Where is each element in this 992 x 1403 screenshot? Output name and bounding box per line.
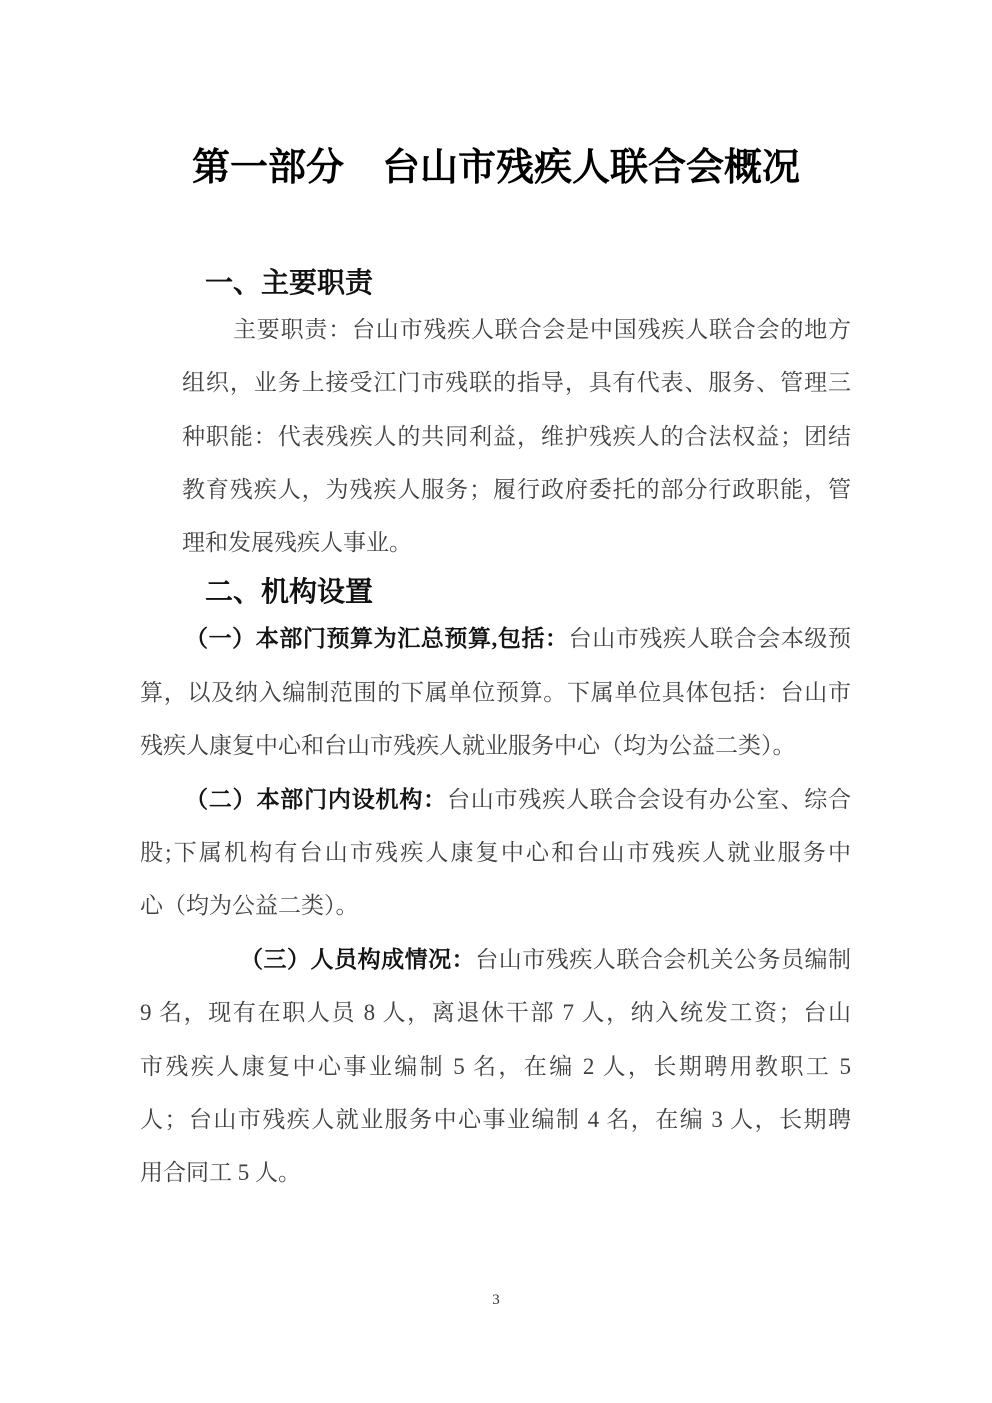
p1-line-4: 教育残疾人，为残疾人服务；履行政府委托的部分行政职能，管 xyxy=(182,475,851,505)
p3-line-3: 心（均为公益二类）。 xyxy=(140,891,851,921)
p2-line-1-bold: （一）本部门预算为汇总预算,包括： xyxy=(185,626,569,651)
page-number: 3 xyxy=(0,1292,992,1309)
p1-line-1: 主要职责：台山市残疾人联合会是中国残疾人联合会的地方 xyxy=(182,315,851,345)
p3-line-1-bold: （二）本部门内设机构： xyxy=(185,787,447,812)
p1-line-5: 理和发展残疾人事业。 xyxy=(182,528,851,558)
p3-line-2: 股;下属机构有台山市残疾人康复中心和台山市残疾人就业服务中 xyxy=(140,838,851,868)
doc-title: 第一部分 台山市残疾人联合会概况 xyxy=(0,136,992,191)
p4-line-2: 9 名，现有在职人员 8 人，离退休干部 7 人，纳入统发工资；台山 xyxy=(140,998,851,1028)
p4-line-1-bold: （三）人员构成情况： xyxy=(240,947,475,972)
p1-line-3: 种职能：代表残疾人的共同利益，维护残疾人的合法权益；团结 xyxy=(182,422,851,452)
p4-line-1: （三）人员构成情况：台山市残疾人联合会机关公务员编制 xyxy=(140,945,851,975)
p2-line-1: （一）本部门预算为汇总预算,包括：台山市残疾人联合会本级预 xyxy=(140,624,851,654)
section-heading-2: 二、机构设置 xyxy=(205,570,373,610)
p2-line-3: 残疾人康复中心和台山市残疾人就业服务中心（均为公益二类）。 xyxy=(140,731,851,761)
p2-line-1-rest: 台山市残疾人联合会本级预 xyxy=(569,626,851,651)
document-page: 第一部分 台山市残疾人联合会概况 一、主要职责 主要职责：台山市残疾人联合会是中… xyxy=(0,0,992,1403)
p1-line-2: 组织，业务上接受江门市残联的指导，具有代表、服务、管理三 xyxy=(182,368,851,398)
p4-line-5: 用合同工 5 人。 xyxy=(140,1158,851,1188)
p4-line-3: 市残疾人康复中心事业编制 5 名，在编 2 人，长期聘用教职工 5 xyxy=(140,1052,851,1082)
p3-line-1: （二）本部门内设机构：台山市残疾人联合会设有办公室、综合 xyxy=(140,785,851,815)
p2-line-2: 算，以及纳入编制范围的下属单位预算。下属单位具体包括：台山市 xyxy=(140,678,851,708)
section-heading-1: 一、主要职责 xyxy=(205,261,373,301)
p4-line-4: 人；台山市残疾人就业服务中心事业编制 4 名，在编 3 人，长期聘 xyxy=(140,1105,851,1135)
p3-line-1-rest: 台山市残疾人联合会设有办公室、综合 xyxy=(447,787,851,812)
p4-line-1-rest: 台山市残疾人联合会机关公务员编制 xyxy=(475,947,851,972)
